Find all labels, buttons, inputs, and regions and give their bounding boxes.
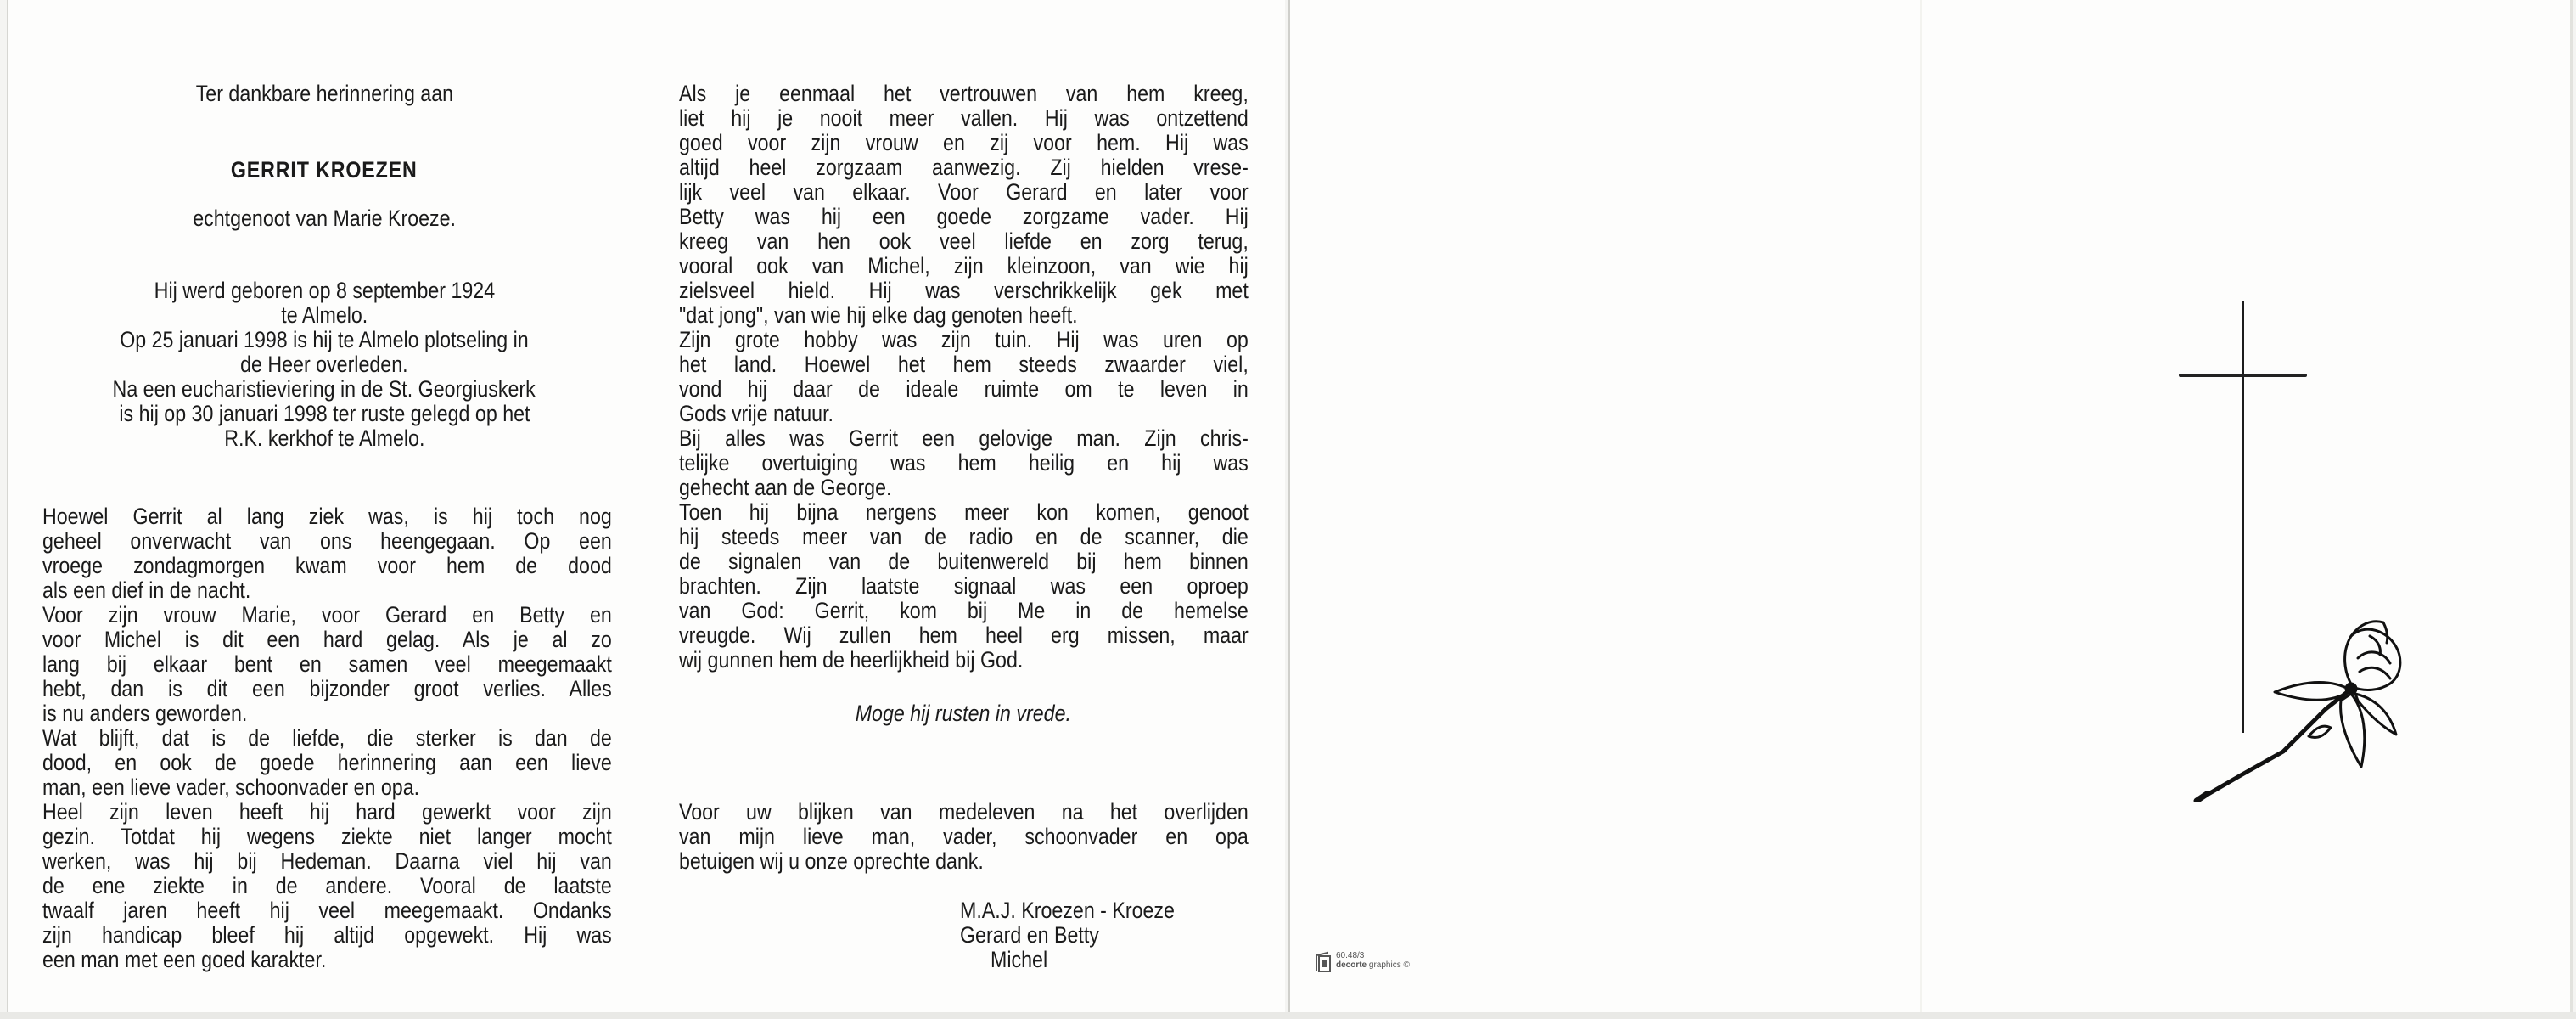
text-line: Wat blijft, dat is de liefde, die sterke… [42,726,612,751]
text-line: Heel zijn leven heeft hij hard gewerkt v… [42,800,612,825]
text-line: het land. Hoewel het hem steeds zwaarder… [679,352,1249,377]
cross-icon-bar [2179,374,2307,377]
text-line: zijn handicap bleef hij altijd opgewekt.… [42,923,612,948]
text-line: een man met een goed karakter. [42,948,612,972]
text-line: Betty was hij een goede zorgzame vader. … [679,205,1249,229]
biography-line: Hij werd geboren op 8 september 1924 [154,279,494,303]
biography-line: de Heer overleden. [240,352,408,377]
deceased-name: GERRIT KROEZEN [231,158,418,183]
text-line: als een dief in de nacht. [42,578,612,603]
text-line: wij gunnen hem de heerlijkheid bij God. [679,648,1249,673]
text-line: lang bij elkaar bent en samen veel meege… [42,652,612,677]
text-line: altijd heel zorgzaam aanwezig. Zij hield… [679,155,1249,180]
printer-brand-suffix: graphics © [1369,960,1410,970]
text-line: telijke overtuiging was hem heilig en hi… [679,451,1249,476]
text-line: vond hij daar de ideale ruimte om te lev… [679,377,1249,402]
text-line: voor Michel is dit een hard gelag. Als j… [42,628,612,652]
text-line: de signalen van de buitenwereld bij hem … [679,549,1249,574]
card-logo-icon [1314,951,1333,973]
text-line: Bij alles was Gerrit een gelovige man. Z… [679,426,1249,451]
dedication-heading: Ter dankbare herinnering aan [195,82,452,106]
text-line: gehecht aan de George. [679,476,1249,500]
text-line: hij steeds meer van de radio en de scann… [679,525,1249,549]
biography-line: is hij op 30 januari 1998 ter ruste gele… [119,402,530,426]
printer-mark: 60.48/3 decorte graphics © [1314,951,1410,973]
text-line: de ene ziekte in de andere. Vooral de la… [42,874,612,898]
text-line: man, een lieve vader, schoonvader en opa… [42,775,612,800]
dedication-header: Ter dankbare herinnering aan [70,82,579,106]
text-line: goed voor zijn vrouw en zij voor hem. Hi… [679,131,1249,155]
scan-bottom-edge [0,1012,2576,1019]
right-body-text: Als je eenmaal het vertrouwen van hem kr… [679,82,1249,673]
text-line: liet hij je nooit meer vallen. Hij was o… [679,106,1249,131]
signature-line: Michel [991,948,1179,972]
biography-line: Na een eucharistieviering in de St. Geor… [113,377,536,402]
spouse-block: echtgenoot van Marie Kroeze. [70,206,579,231]
text-line: gezin. Totdat hij wegens ziekte niet lan… [42,825,612,849]
spouse-line: echtgenoot van Marie Kroeze. [193,206,456,231]
signatures: M.A.J. Kroezen - Kroeze Gerard en Betty … [960,898,1209,972]
text-line: Als je eenmaal het vertrouwen van hem kr… [679,82,1249,106]
printer-brand: decorte [1336,960,1367,970]
signature-line: Gerard en Betty [960,923,1175,948]
text-line: lijk veel van elkaar. Voor Gerard en lat… [679,180,1249,205]
text-line: is nu anders geworden. [42,701,612,726]
signature-line: M.A.J. Kroezen - Kroeze [960,898,1175,923]
text-line: Hoewel Gerrit al lang ziek was, is hij t… [42,504,612,529]
text-line: vooral ook van Michel, zijn kleinzoon, v… [679,254,1249,279]
text-line: brachten. Zijn laatste signaal was een o… [679,574,1249,599]
biography-line: R.K. kerkhof te Almelo. [224,426,424,451]
biography-line: Op 25 januari 1998 is hij te Almelo plot… [120,328,528,352]
text-line: geheel onverwacht van ons heengegaan. Op… [42,529,612,554]
text-line: "dat jong", van wie hij elke dag genoten… [679,303,1249,328]
text-line: vreugde. Wij zullen hem heel erg missen,… [679,623,1249,648]
text-line: Voor uw blijken van medeleven na het ove… [679,800,1249,825]
text-line: hebt, dan is dit een bijzonder groot ver… [42,677,612,701]
text-line: werken, was hij bij Hedeman. Daarna viel… [42,849,612,874]
blessing-text: Moge hij rusten in vrede. [856,701,1071,726]
text-line: Toen hij bijna nergens meer kon komen, g… [679,500,1249,525]
text-line: van God: Gerrit, kom bij Me in de hemels… [679,599,1249,623]
blessing-block: Moge hij rusten in vrede. [709,701,1218,726]
text-line: kreeg van hen ook veel liefde en zorg te… [679,229,1249,254]
thanks-text: Voor uw blijken van medeleven na het ove… [679,800,1249,874]
left-body-text: Hoewel Gerrit al lang ziek was, is hij t… [42,504,612,972]
text-line: twaalf jaren heeft hij veel meegemaakt. … [42,898,612,923]
text-line: zielsveel hield. Hij was verschrikkelijk… [679,279,1249,303]
text-line: dood, en ook de goede herinnering aan ee… [42,751,612,775]
text-line: betuigen wij u onze oprechte dank. [679,849,1249,874]
printer-code: 60.48/3 [1336,951,1410,960]
text-line: Gods vrije natuur. [679,402,1249,426]
text-line: Voor zijn vrouw Marie, voor Gerard en Be… [42,603,612,628]
text-line: Zijn grote hobby was zijn tuin. Hij was … [679,328,1249,352]
biography-line: te Almelo. [281,303,368,328]
biography: Hij werd geboren op 8 september 1924te A… [70,279,579,451]
cover-fold-line [1920,0,1922,1012]
deceased-name-block: GERRIT KROEZEN [70,158,579,183]
rose-icon [2190,599,2410,802]
text-line: van mijn lieve man, vader, schoonvader e… [679,825,1249,849]
text-line: vroege zondagmorgen kwam voor hem de doo… [42,554,612,578]
card-cover-panel [1288,0,2573,1012]
